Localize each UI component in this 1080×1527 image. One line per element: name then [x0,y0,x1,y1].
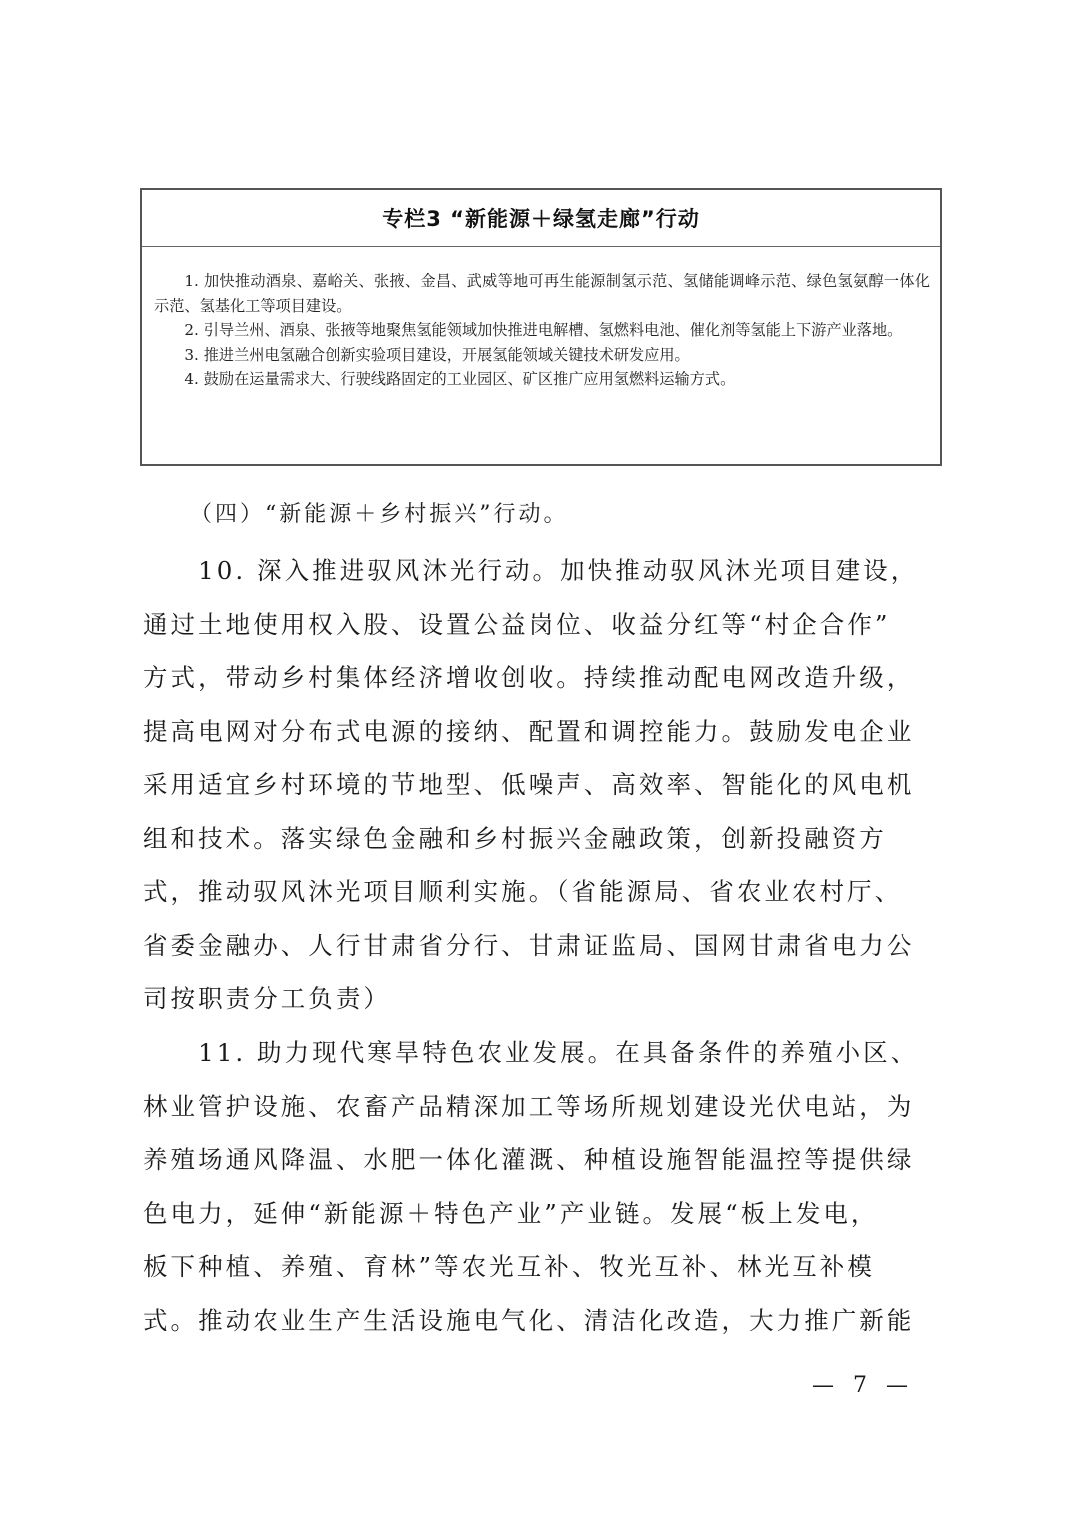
box-item: 2. 引导兰州、酒泉、张掖等地聚焦氢能领域加快推进电解槽、氢燃料电池、催化剂等氢… [154,318,930,343]
text-line: 方式，带动乡村集体经济增收创收。持续推动配电网改造升级， [143,651,939,705]
paragraph-11: 11. 助力现代寒旱特色农业发展。在具备条件的养殖小区、 林业管护设施、农畜产品… [143,1026,939,1347]
text-line: 板下种植、养殖、育林”等农光互补、牧光互补、林光互补模 [143,1240,939,1294]
text-line: 司按职责分工负责） [143,972,939,1026]
box-body: 1. 加快推动酒泉、嘉峪关、张掖、金昌、武威等地可再生能源制氢示范、氢储能调峰示… [142,247,940,392]
text-line: 式。推动农业生产生活设施电气化、清洁化改造，大力推广新能 [143,1294,939,1348]
section-heading: （四）“新能源＋乡村振兴”行动。 [190,497,569,528]
text-line: 11. 助力现代寒旱特色农业发展。在具备条件的养殖小区、 [143,1026,939,1080]
box-item: 4. 鼓励在运量需求大、行驶线路固定的工业园区、矿区推广应用氢燃料运输方式。 [154,367,930,392]
text-line: 养殖场通风降温、水肥一体化灌溉、种植设施智能温控等提供绿 [143,1133,939,1187]
text-line: 林业管护设施、农畜产品精深加工等场所规划建设光伏电站，为 [143,1080,939,1134]
text-line: 提高电网对分布式电源的接纳、配置和调控能力。鼓励发电企业 [143,705,939,759]
text-line: 式，推动驭风沐光项目顺利实施。（省能源局、省农业农村厅、 [143,865,939,919]
text-line: 通过土地使用权入股、设置公益岗位、收益分红等“村企合作” [143,598,939,652]
text-line: 10. 深入推进驭风沐光行动。加快推动驭风沐光项目建设， [143,544,939,598]
box-item: 1. 加快推动酒泉、嘉峪关、张掖、金昌、武威等地可再生能源制氢示范、氢储能调峰示… [154,269,930,318]
box-title: 专栏3 “新能源＋绿氢走廊”行动 [142,190,940,247]
paragraph-10: 10. 深入推进驭风沐光行动。加快推动驭风沐光项目建设， 通过土地使用权入股、设… [143,544,939,1026]
text-line: 色电力，延伸“新能源＋特色产业”产业链。发展“板上发电， [143,1187,939,1241]
text-line: 组和技术。落实绿色金融和乡村振兴金融政策，创新投融资方 [143,812,939,866]
box-item: 3. 推进兰州电氢融合创新实验项目建设，开展氢能领域关键技术研发应用。 [154,343,930,368]
page-number: — 7 — [812,1373,914,1398]
text-line: 采用适宜乡村环境的节地型、低噪声、高效率、智能化的风电机 [143,758,939,812]
text-line: 省委金融办、人行甘肃省分行、甘肃证监局、国网甘肃省电力公 [143,919,939,973]
special-column-box: 专栏3 “新能源＋绿氢走廊”行动 1. 加快推动酒泉、嘉峪关、张掖、金昌、武威等… [140,188,942,466]
